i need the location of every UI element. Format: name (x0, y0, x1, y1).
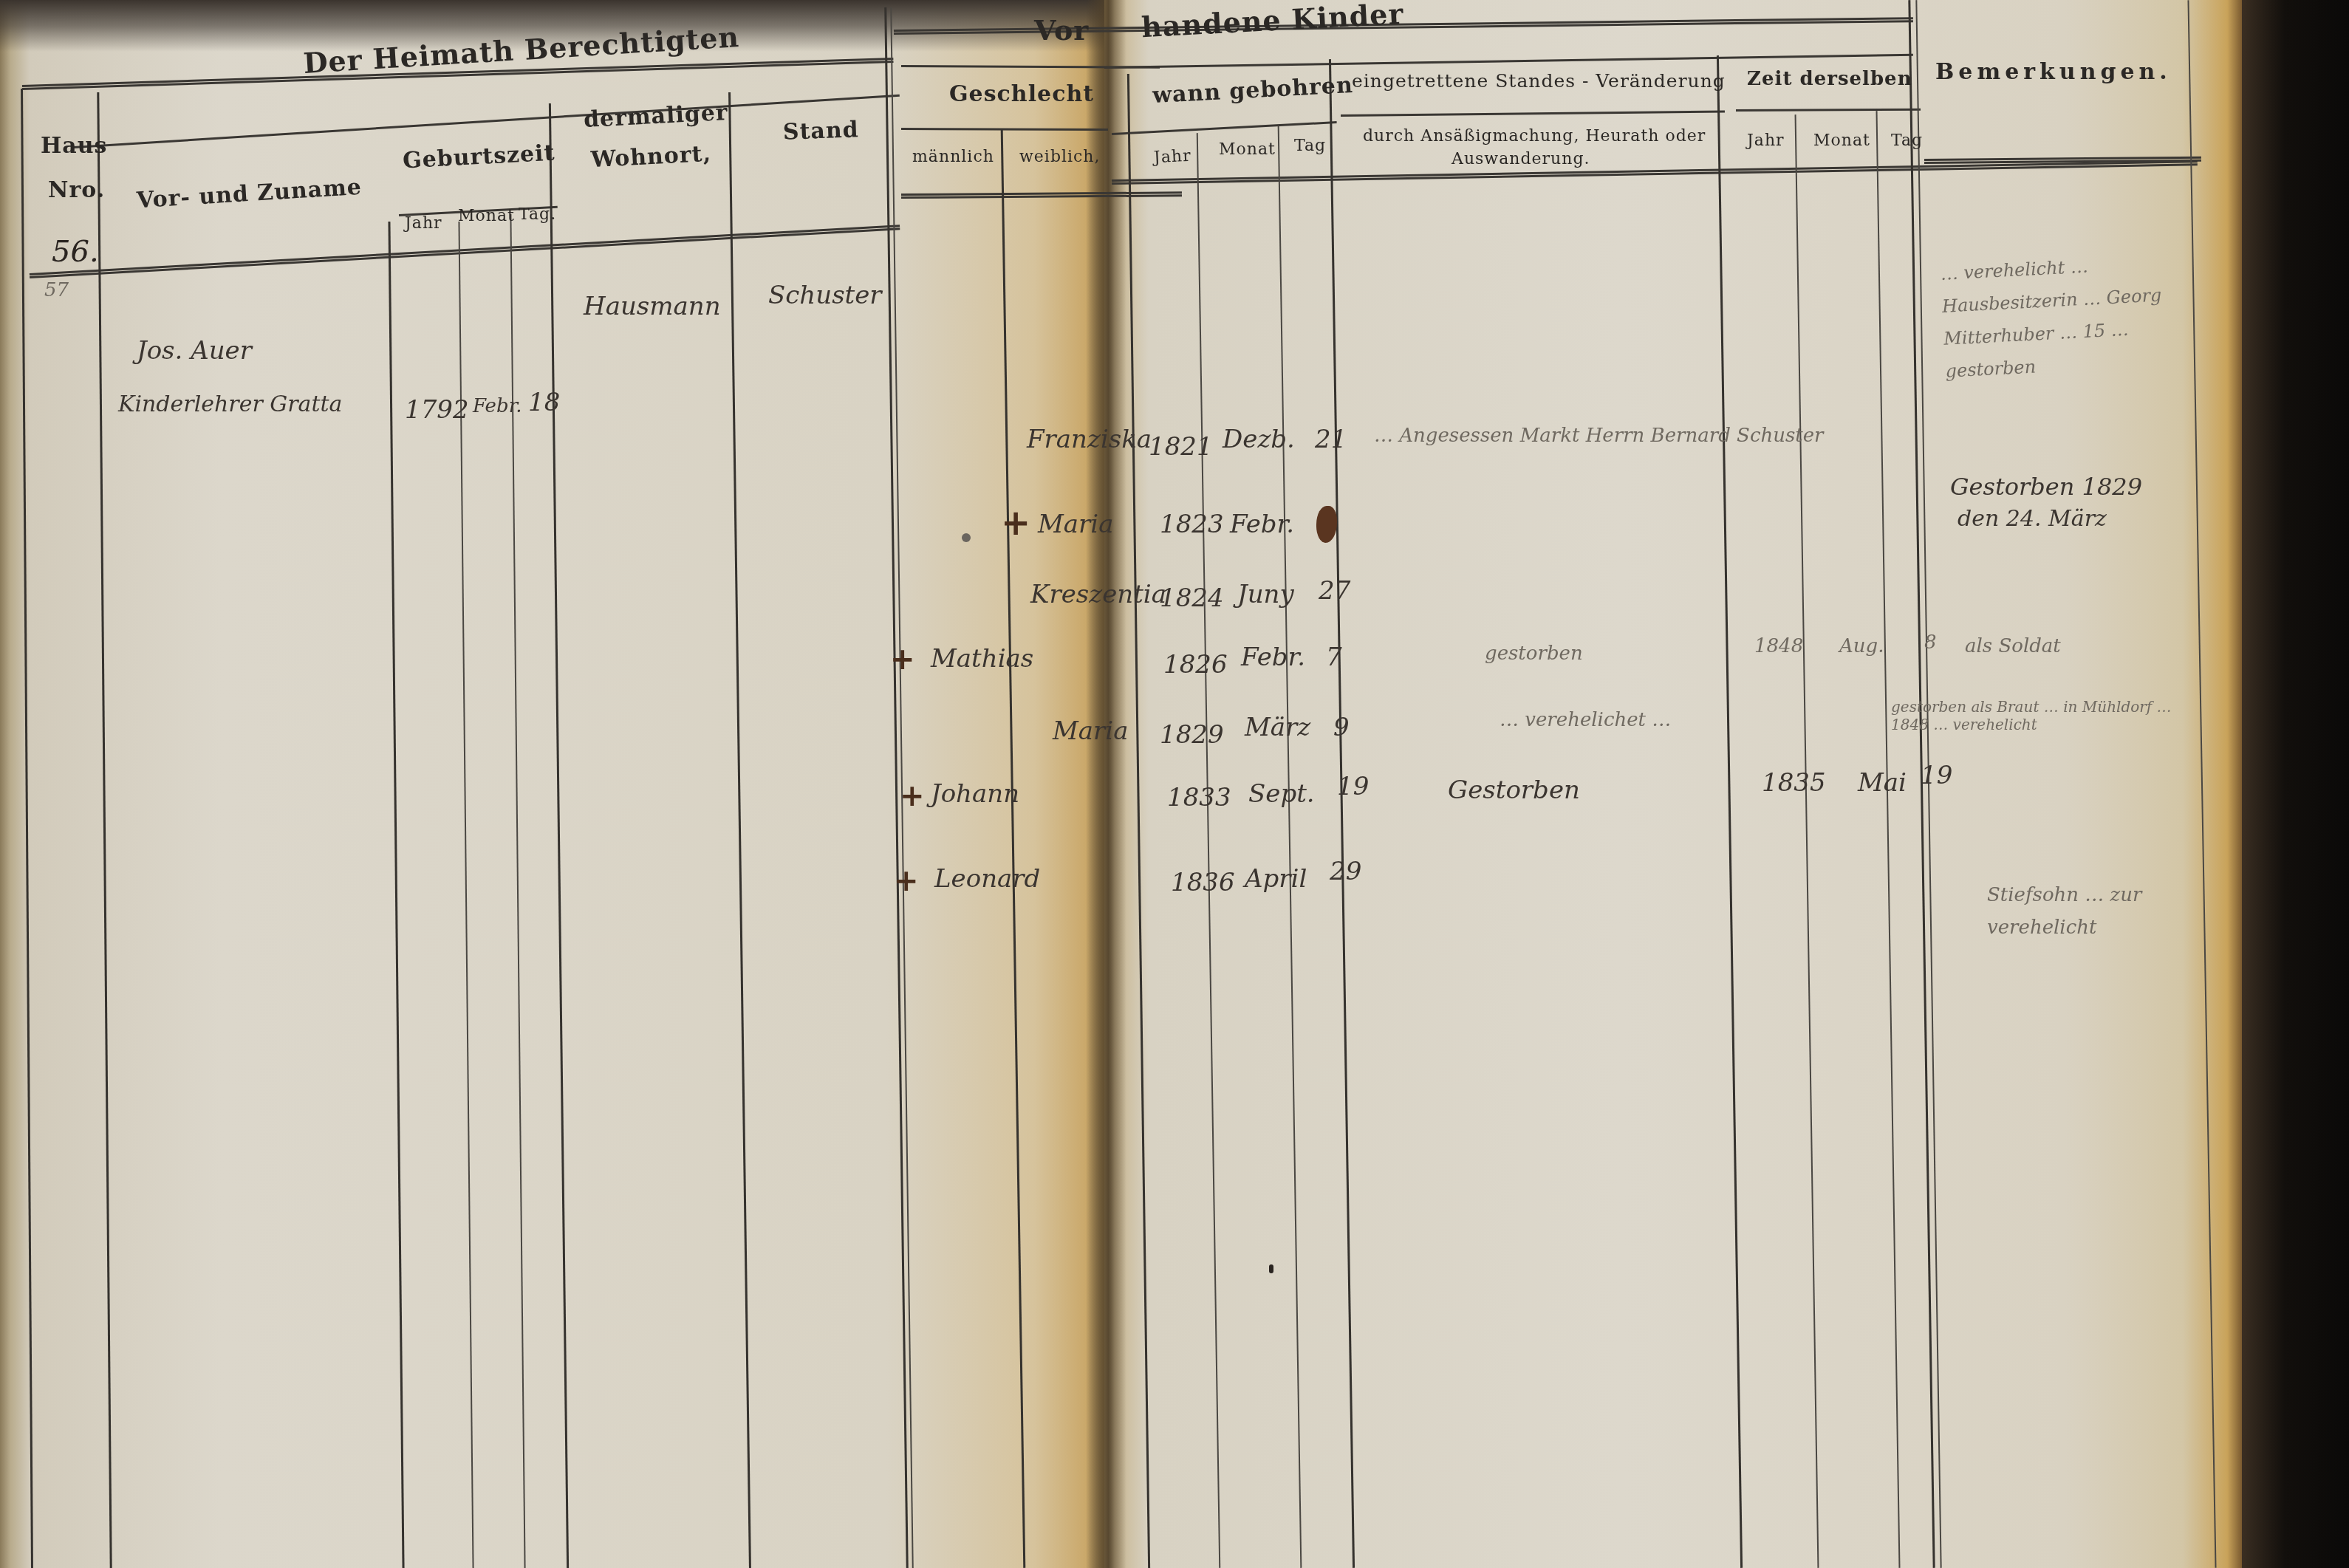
title-vor: Vor (1034, 13, 1089, 47)
entry-number: 57 (44, 279, 69, 301)
col-header-birth-jahr: Jahr (405, 214, 442, 233)
col-header-sex: Geschlecht (949, 81, 1094, 107)
child-2-month: Febr. (1230, 510, 1294, 539)
col-header-time-jahr: Jahr (1747, 131, 1785, 150)
child-2-name: Maria (1038, 510, 1113, 539)
col-header-born-tag: Tag (1294, 137, 1326, 155)
child-6-change-day: 19 (1921, 761, 1952, 790)
col-header-sex-male: männlich (912, 148, 994, 166)
ink-mark (1269, 1264, 1273, 1273)
col-header-remarks: Bemerkungen. (1935, 59, 2172, 85)
child-7-day: 29 (1330, 857, 1361, 886)
deceased-cross-icon: + (890, 643, 915, 677)
child-5-change: … verehelichet … (1500, 709, 1671, 731)
remark-maria: gestorben als Braut … in Mühldorf … 1848… (1891, 698, 2186, 733)
remark-block-1-date: Gestorben 1829 (1950, 473, 2142, 501)
col-header-birth-monat: Monat (458, 207, 515, 225)
col-header-change: eingetrettene Standes - Veränderung (1352, 70, 1726, 92)
child-3-year: 1824 (1160, 583, 1224, 613)
child-4-month: Febr. (1241, 643, 1305, 672)
child-6-name: Johann (931, 779, 1019, 809)
child-1-year: 1821 (1149, 432, 1213, 462)
parent-birth-month: Febr. (473, 395, 522, 417)
parent-birth-year: 1792 (405, 395, 469, 425)
deceased-cross-icon: + (894, 864, 919, 898)
child-4-change: gestorben (1485, 643, 1583, 665)
haus-label: Haus (41, 133, 107, 159)
deceased-cross-icon: + (900, 779, 925, 813)
child-5-year: 1829 (1160, 720, 1224, 750)
child-4-change-month: Aug. (1839, 635, 1884, 657)
parent-status: Schuster (768, 281, 882, 310)
ledger-spread: Der Heimath Berechtigten Vor handene Kin… (0, 0, 2349, 1568)
parent-name-line-1: Jos. Auer (137, 336, 252, 366)
col-header-born-monat: Monat (1219, 140, 1276, 159)
col-header-change-sub-2: Auswanderung. (1452, 150, 1590, 168)
child-3-name: Kreszentia (1030, 580, 1166, 609)
remark-mathias: als Soldat (1965, 635, 2061, 657)
child-4-change-year: 1848 (1754, 635, 1803, 657)
ink-dot (962, 533, 971, 542)
child-3-day: 27 (1319, 576, 1350, 606)
child-4-year: 1826 (1163, 650, 1228, 679)
col-header-sex-female: weiblich, (1019, 148, 1101, 166)
child-6-change: Gestorben (1448, 776, 1580, 805)
child-3-month: Juny (1237, 580, 1294, 609)
child-6-day: 19 (1337, 772, 1369, 801)
child-1-change: … Angesessen Markt Herrn Bernard Schuste… (1374, 425, 1824, 447)
parent-residence: Hausmann (584, 292, 721, 321)
deceased-cross-icon: + (1001, 502, 1030, 544)
nro-label: Nro. (48, 177, 105, 203)
child-1-name: Franziska (1027, 425, 1152, 454)
parent-birth-day: 18 (528, 388, 560, 417)
child-6-change-year: 1835 (1762, 768, 1826, 798)
child-4-change-day: 8 (1924, 631, 1937, 654)
child-4-day: 7 (1326, 643, 1342, 672)
child-6-change-month: Mai (1858, 768, 1907, 798)
col-header-time-tag: Tag (1891, 131, 1923, 150)
col-header-born-jahr: Jahr (1153, 147, 1191, 168)
col-header-time: Zeit derselben (1747, 68, 1912, 90)
remark-block-bottom: Stiefsohn … zur verehelicht (1987, 879, 2201, 944)
book-gutter (1086, 0, 1126, 1568)
col-header-time-monat: Monat (1813, 131, 1870, 150)
child-7-year: 1836 (1171, 868, 1235, 897)
child-5-month: März (1245, 713, 1310, 742)
child-6-year: 1833 (1167, 783, 1231, 812)
background-edge (2242, 0, 2349, 1568)
child-7-month: April (1245, 864, 1307, 894)
child-1-day: 21 (1315, 425, 1347, 454)
col-header-birth-tag: Tag. (519, 205, 556, 224)
child-2-year: 1823 (1160, 510, 1224, 539)
child-7-name: Leonard (934, 864, 1040, 894)
parent-name-line-2: Kinderlehrer Gratta (118, 391, 342, 417)
remark-block-1-date-2: den 24. März (1957, 506, 2107, 532)
child-5-name: Maria (1053, 716, 1128, 746)
child-5-day: 9 (1333, 713, 1350, 742)
remark-block-1: … verehelicht … Hausbesitzerin … Georg M… (1940, 244, 2198, 388)
child-4-name: Mathias (931, 644, 1033, 674)
col-header-status: Stand (782, 117, 859, 145)
col-header-change-sub-1: durch Ansäßigmachung, Heurath oder (1363, 127, 1706, 145)
house-number: 56. (52, 235, 99, 269)
child-1-month: Dezb. (1223, 425, 1295, 454)
child-6-month: Sept. (1248, 779, 1315, 809)
